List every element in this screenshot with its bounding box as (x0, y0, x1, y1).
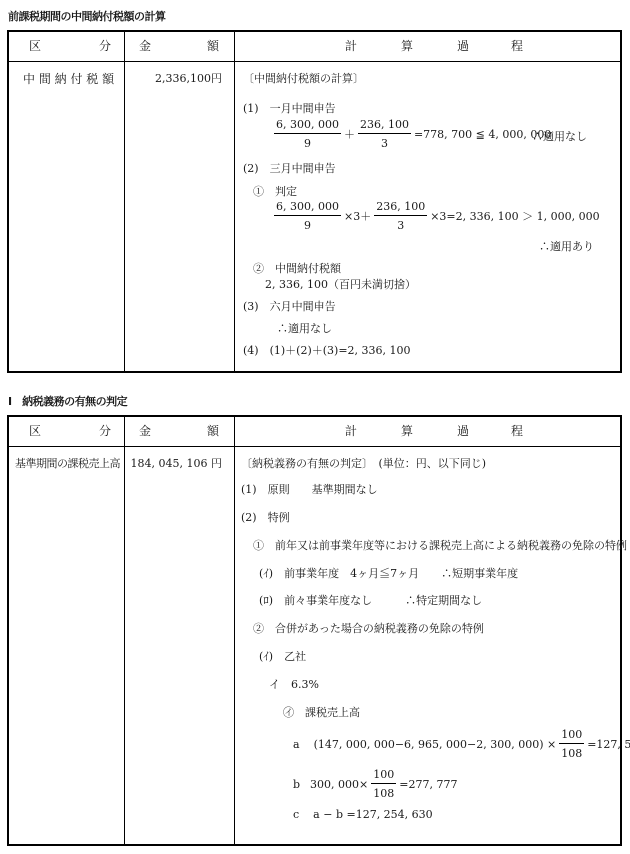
row-amount: 184, 045, 106 円 (131, 455, 222, 471)
section1-title: 前課税期間の中間納付税額の計算 (8, 8, 166, 24)
process-sub-1-ro: (ﾛ) 前々事業年度なし ∴特定期間なし (259, 592, 482, 608)
process-item-1: (1) 一月中間申告 (243, 100, 336, 116)
formula-a: a (147, 000, 000−6, 965, 000−2, 300, 000… (293, 728, 630, 760)
header-kubun-1: 区 (29, 417, 41, 446)
col-divider (234, 417, 235, 844)
process-sub-2: ② 合併があった場合の納税義務の免除の特例 (253, 620, 484, 636)
conclusion-1: ∴適用なし (532, 128, 587, 144)
row-label: 中 間 納 付 税 額 (23, 70, 114, 87)
col-divider (234, 32, 235, 371)
process-sub-1: ① 判定 (253, 183, 297, 199)
header-kubun-1: 区 (29, 32, 41, 61)
header-divider (9, 446, 620, 447)
taxable-sales-heading: ㋑ 課税売上高 (283, 704, 360, 720)
conclusion-3: ∴適用なし (277, 320, 332, 336)
process-item-1: (1) 原則 基準期間なし (241, 481, 378, 497)
header-keisan-3: 過 (457, 32, 469, 61)
header-kingaku-1: 金 (139, 32, 151, 61)
process-item-4: (4) (1)＋(2)＋(3)=2, 336, 100 (243, 342, 411, 358)
section2-title: Ⅰ 納税義務の有無の判定 (8, 393, 127, 409)
formula-c: c a − b =127, 254, 630 (293, 808, 433, 821)
interim-tax-table: 区 分 金 額 計 算 過 程 中 間 納 付 税 額 2,336,100円 〔… (7, 30, 622, 373)
process-item-2: (2) 特例 (241, 509, 290, 525)
formula-2: 6, 300, 0009 ×3＋ 236, 1003 ×3=2, 336, 10… (271, 200, 600, 232)
header-kingaku-1: 金 (139, 417, 151, 446)
tax-rate: イ 6.3% (269, 676, 319, 692)
header-kubun-2: 分 (99, 32, 111, 61)
header-divider (9, 61, 620, 62)
tax-obligation-table: 区 分 金 額 計 算 過 程 基準期間の課税売上高 184, 045, 106… (7, 415, 622, 846)
process-sub-1-i: (ｲ) 前事業年度 4ヶ月≦7ヶ月 ∴短期事業年度 (259, 565, 518, 581)
col-divider (124, 417, 125, 844)
process-sub-2-i: (ｲ) 乙社 (259, 648, 306, 664)
header-keisan-2: 算 (401, 32, 413, 61)
header-keisan-2: 算 (401, 417, 413, 446)
row-amount: 2,336,100円 (155, 70, 222, 86)
formula-1: 6, 300, 0009 ＋ 236, 1003 =778, 700 ≦ 4, … (271, 118, 551, 150)
process-sub-2: ② 中間納付税額 (253, 260, 341, 276)
process-sub-2-value: 2, 336, 100（百円未満切捨） (265, 276, 416, 292)
formula-b: b 300, 000× 100108 =277, 777 (293, 768, 457, 800)
header-keisan-4: 程 (511, 417, 523, 446)
header-kingaku-2: 額 (207, 417, 219, 446)
col-divider (124, 32, 125, 371)
header-kingaku-2: 額 (207, 32, 219, 61)
conclusion-2: ∴適用あり (539, 238, 594, 254)
header-keisan-1: 計 (345, 32, 357, 61)
header-keisan-4: 程 (511, 32, 523, 61)
header-kubun-2: 分 (99, 417, 111, 446)
header-keisan-1: 計 (345, 417, 357, 446)
row-label: 基準期間の課税売上高 (15, 455, 120, 471)
header-keisan-3: 過 (457, 417, 469, 446)
process-item-2: (2) 三月中間申告 (243, 160, 336, 176)
process-sub-1: ① 前年又は前事業年度等における課税売上高による納税義務の免除の特例 (253, 537, 627, 553)
process-heading: 〔納税義務の有無の判定〕 (単位：円、以下同じ) (241, 455, 486, 471)
process-item-3: (3) 六月中間申告 (243, 298, 336, 314)
process-heading: 〔中間納付税額の計算〕 (243, 70, 364, 86)
